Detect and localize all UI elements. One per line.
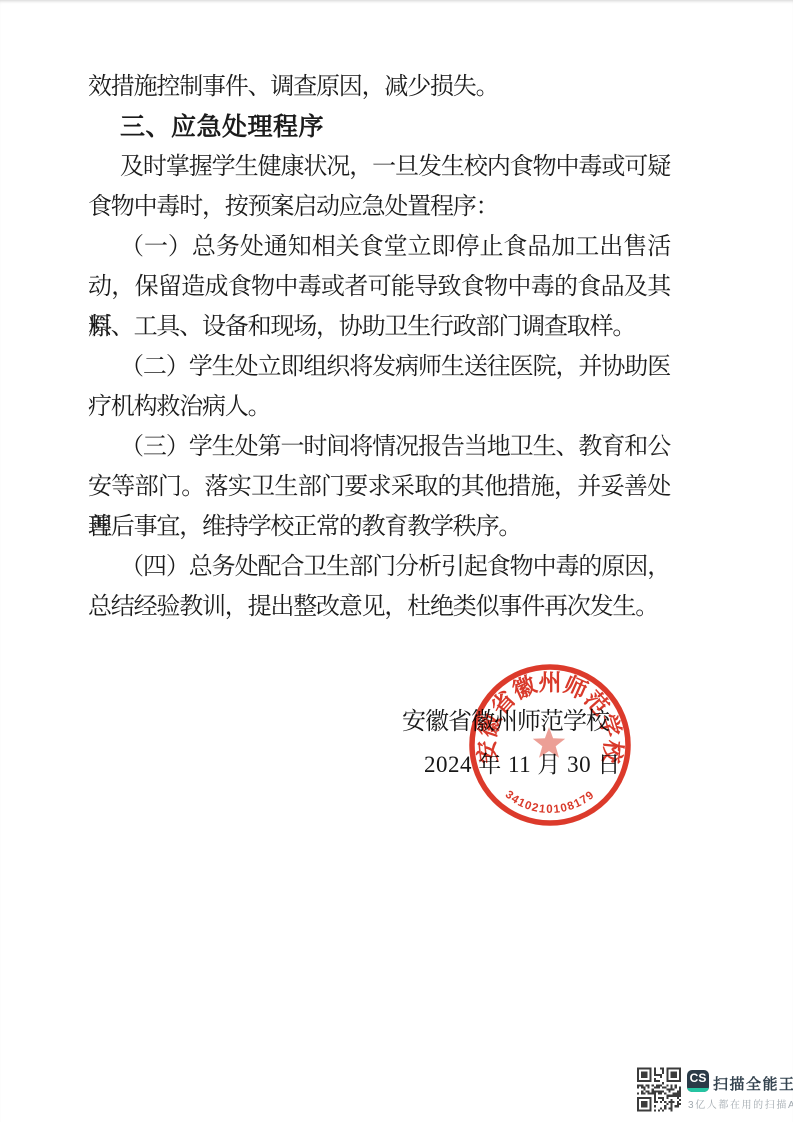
doc-line: 疗机构救治病人。 bbox=[88, 387, 670, 427]
doc-line: 安等部门。落实卫生部门要求采取的其他措施，并妥善处理 bbox=[88, 467, 670, 507]
watermark-tagline: 3亿人都在用的扫描App bbox=[688, 1096, 793, 1111]
watermark-app-name: 扫描全能王 bbox=[713, 1073, 793, 1094]
doc-line: （二）学生处立即组织将发病师生送往医院，并协助医 bbox=[88, 347, 670, 387]
doc-line: 动，保留造成食物中毒或者可能导致食物中毒的食品及其原 bbox=[88, 267, 670, 307]
doc-line: 食物中毒时，按预案启动应急处置程序： bbox=[88, 187, 670, 227]
doc-line: 效措施控制事件、调查原因，减少损失。 bbox=[88, 67, 670, 107]
doc-line: 总结经验教训，提出整改意见，杜绝类似事件再次发生。 bbox=[88, 587, 670, 627]
doc-line: 善后事宜，维持学校正常的教育教学秩序。 bbox=[88, 507, 670, 547]
doc-line: （一）总务处通知相关食堂立即停止食品加工出售活 bbox=[88, 227, 670, 267]
seal-star-icon bbox=[533, 727, 565, 758]
document-body: 效措施控制事件、调查原因，减少损失。三、应急处理程序及时掌握学生健康状况，一旦发… bbox=[88, 67, 670, 627]
seal-code-holder: 3410210108179 bbox=[503, 789, 597, 816]
doc-line: 及时掌握学生健康状况，一旦发生校内食物中毒或可疑 bbox=[88, 147, 670, 187]
scanned-document-page: 效措施控制事件、调查原因，减少损失。三、应急处理程序及时掌握学生健康状况，一旦发… bbox=[0, 0, 793, 1122]
seal-code-text: 3410210108179 bbox=[503, 789, 597, 816]
official-seal: 安徽省徽州师范学校 3410210108179 bbox=[466, 661, 634, 829]
section-heading: 三、应急处理程序 bbox=[88, 107, 670, 147]
camscanner-logo-text: CS bbox=[687, 1070, 709, 1087]
camscanner-logo-icon: CS bbox=[687, 1070, 709, 1092]
camscanner-logo-greenbar bbox=[687, 1088, 709, 1093]
doc-line: （四）总务处配合卫生部门分析引起食物中毒的原因， bbox=[88, 547, 670, 587]
qr-code-icon bbox=[637, 1067, 681, 1112]
doc-line: （三）学生处第一时间将情况报告当地卫生、教育和公 bbox=[88, 427, 670, 467]
doc-line: 料、工具、设备和现场，协助卫生行政部门调查取样。 bbox=[88, 307, 670, 347]
